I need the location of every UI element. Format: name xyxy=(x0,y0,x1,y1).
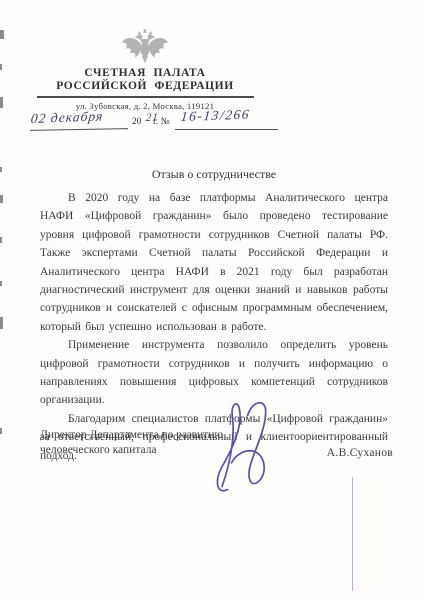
signer-name: А.В.Суханов xyxy=(327,447,393,459)
handwritten-date: 02 декабря xyxy=(30,108,104,127)
org-name: СЧЕТНАЯ ПАЛАТА РОССИЙСКОЙ ФЕДЕРАЦИИ xyxy=(30,67,260,93)
double-headed-eagle-icon xyxy=(116,25,174,67)
date-and-number-line: 02 декабря 20 21 г. № 16-13/266 xyxy=(28,110,260,136)
scan-edge-artifact xyxy=(0,317,3,329)
handwritten-doc-number: 16-13/266 xyxy=(180,107,251,125)
org-name-line1: СЧЕТНАЯ ПАЛАТА xyxy=(30,67,260,80)
scan-edge-artifact xyxy=(0,64,2,70)
org-name-line2: РОССИЙСКОЙ ФЕДЕРАЦИИ xyxy=(30,80,260,93)
scan-streak-artifact xyxy=(352,477,353,591)
scan-edge-artifact xyxy=(0,428,2,434)
scan-edge-artifact xyxy=(0,281,2,286)
number-label: г. № xyxy=(153,117,170,127)
paragraph-1: В 2020 году на базе платформы Аналитичес… xyxy=(40,189,388,336)
scan-edge-artifact xyxy=(0,97,3,108)
printed-year-prefix: 20 xyxy=(132,117,142,127)
scanned-letter-page: СЧЕТНАЯ ПАЛАТА РОССИЙСКОЙ ФЕДЕРАЦИИ ул. … xyxy=(0,0,422,600)
scan-edge-artifact xyxy=(0,237,2,243)
scan-edge-artifact xyxy=(0,195,3,203)
date-underline xyxy=(30,128,128,131)
scan-edge-artifact xyxy=(0,167,2,172)
scan-edge-artifact xyxy=(0,30,4,39)
letterhead-divider xyxy=(37,96,254,98)
number-underline xyxy=(175,129,278,130)
letter-title: Отзыв о сотрудничестве xyxy=(40,167,388,182)
handwritten-signature xyxy=(203,396,279,506)
